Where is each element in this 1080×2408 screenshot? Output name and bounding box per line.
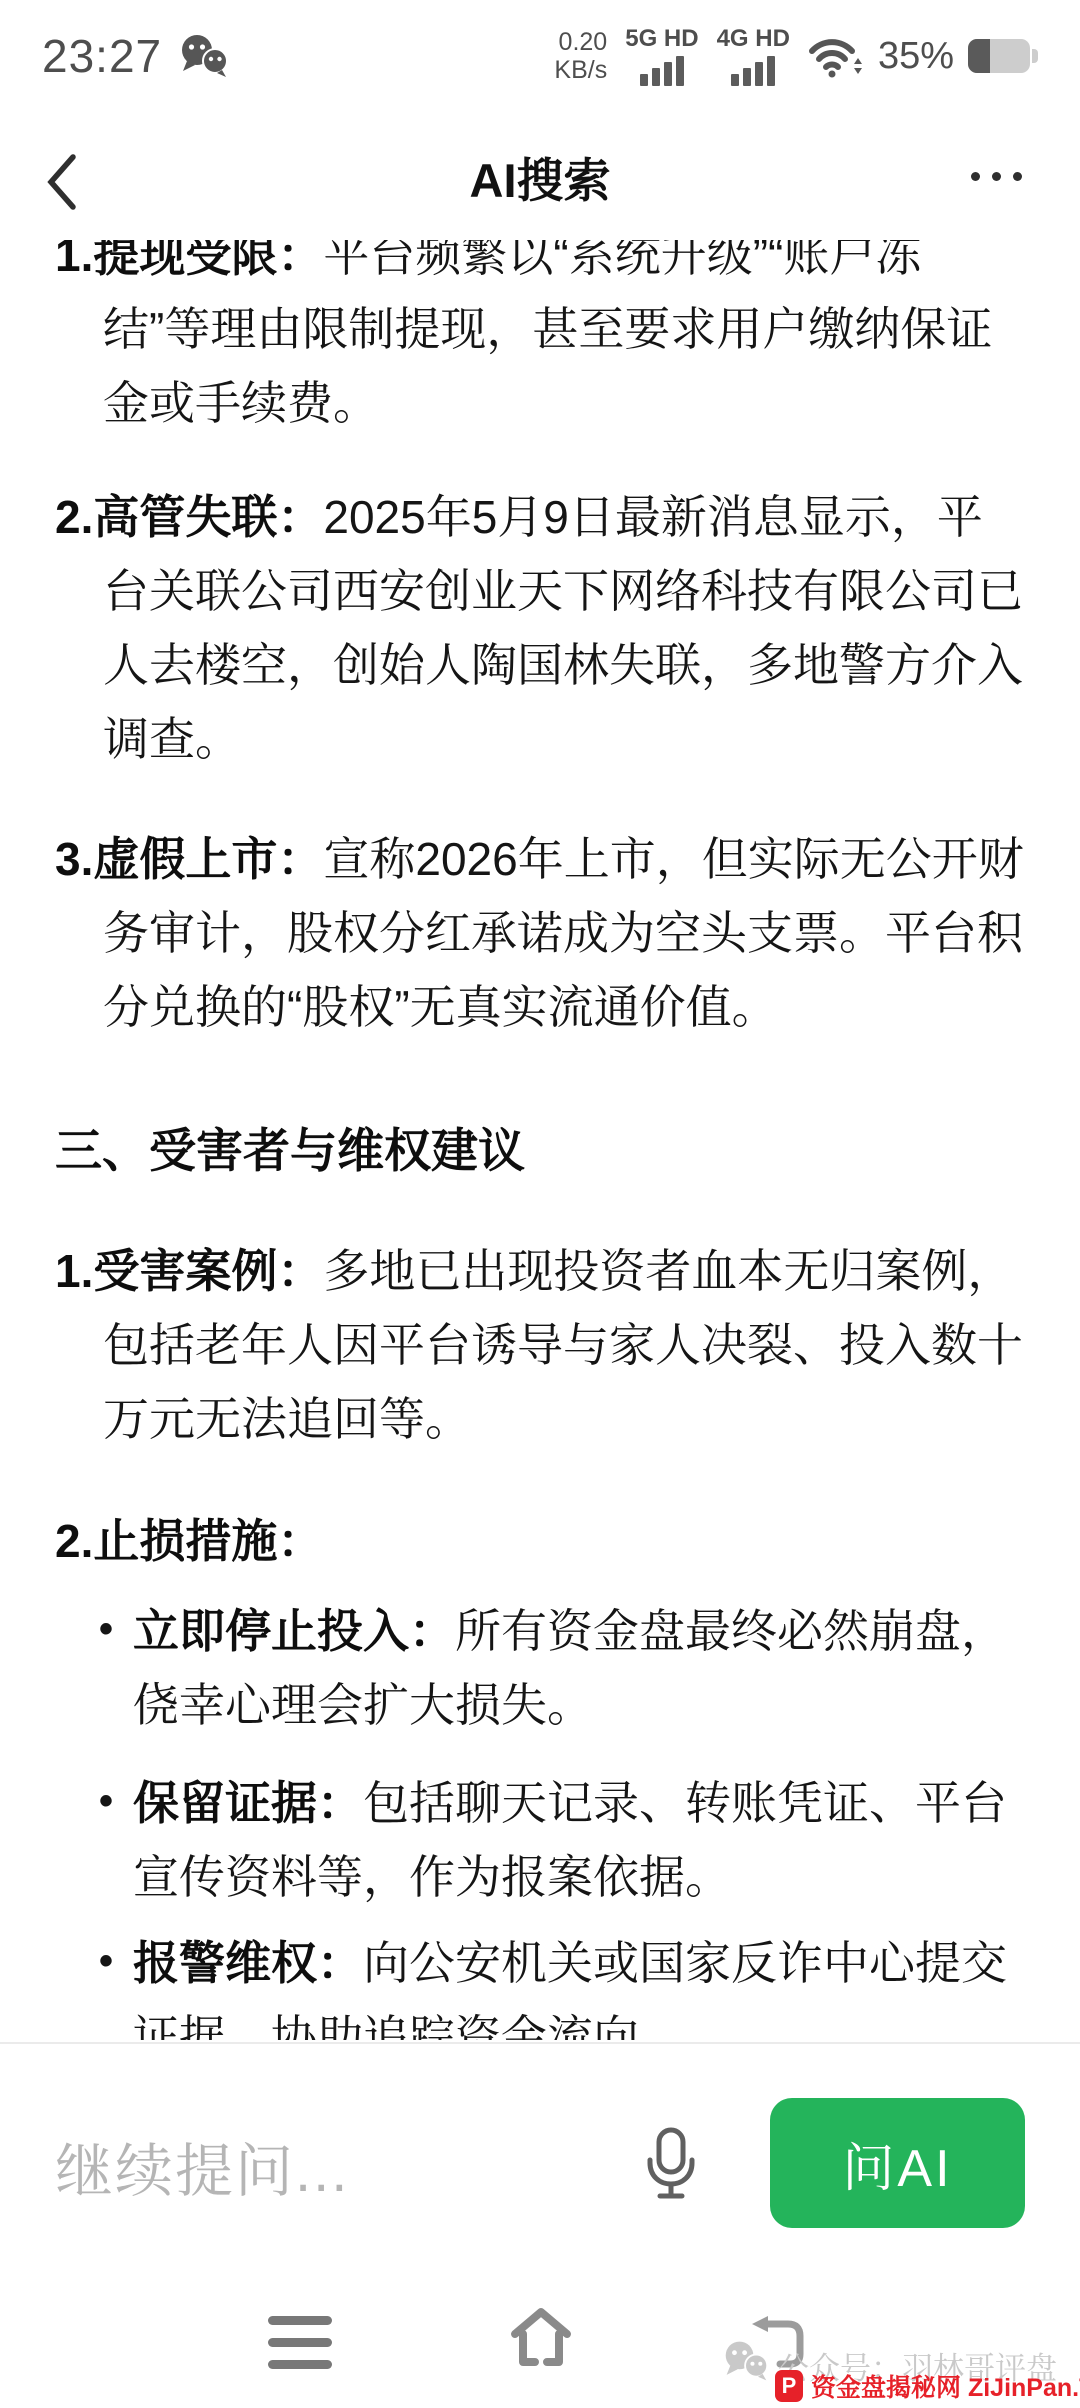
bullet-dot: •	[99, 1924, 113, 1998]
ai-answer-content[interactable]: 1.提现受限：平台频繁以“系统升级”“账户冻 结”等理由限制提现，甚至要求用户缴…	[0, 240, 1080, 2040]
site-watermark-text: 资金盘揭秘网 ZiJinPan.Top	[811, 2368, 1080, 2404]
site-logo: P	[775, 2370, 803, 2402]
status-bar: 23:27 0.20 KB/s 5G HD 4G HD	[0, 20, 1080, 92]
signal-bars-icon	[731, 56, 775, 86]
wechat-gray-icon	[722, 2340, 770, 2390]
bullet-item: • 报警维权：向公安机关或国家反诈中心提交证据，协助追踪资金流向	[55, 1926, 1025, 2040]
clock: 23:27	[42, 29, 162, 83]
sim1-signal: 5G HD	[625, 27, 698, 86]
bullet-dot: •	[99, 1764, 113, 1838]
ask-ai-button[interactable]: 问AI	[770, 2098, 1025, 2228]
section-heading: 三、受害者与维权建议	[55, 1114, 1025, 1188]
list-item: 2.高管失联：2025年5月9日最新消息显示，平台关联公司西安创业天下网络科技有…	[55, 480, 1025, 776]
signal-bars-icon	[640, 56, 684, 86]
list-item-clipped: 1.提现受限：平台频繁以“系统升级”“账户冻	[55, 240, 1025, 292]
phone-screen: 23:27 0.20 KB/s 5G HD 4G HD	[0, 0, 1080, 2408]
wifi-icon	[808, 36, 864, 83]
battery-icon	[968, 39, 1030, 73]
input-bar-divider	[0, 2042, 1080, 2044]
list-item-continuation: 结”等理由限制提现，甚至要求用户缴纳保证金或手续费。	[55, 292, 1025, 440]
list-item: 2.止损措施：	[55, 1504, 1025, 1578]
bullet-item: • 立即停止投入：所有资金盘最终必然崩盘，侥幸心理会扩大损失。	[55, 1594, 1025, 1742]
list-item: 1.受害案例：多地已出现投资者血本无归案例，包括老年人因平台诱导与家人决裂、投入…	[55, 1234, 1025, 1456]
microphone-icon[interactable]	[643, 2126, 699, 2207]
nav-bar: AI搜索	[0, 130, 1080, 232]
site-watermark: P 资金盘揭秘网 ZiJinPan.Top	[775, 2368, 1080, 2404]
battery-percent: 35%	[878, 35, 954, 78]
network-speed: 0.20 KB/s	[554, 28, 607, 84]
wechat-notification-icon	[178, 34, 230, 83]
question-input[interactable]: 继续提问...	[55, 2124, 349, 2208]
bullet-item: • 保留证据：包括聊天记录、转账凭证、平台宣传资料等，作为报案依据。	[55, 1766, 1025, 1914]
more-menu-icon[interactable]	[971, 172, 1022, 181]
home-icon[interactable]	[508, 2304, 574, 2377]
page-title: AI搜索	[0, 144, 1080, 211]
menu-icon[interactable]	[268, 2316, 332, 2369]
list-item: 3.虚假上市：宣称2026年上市，但实际无公开财务审计，股权分红承诺成为空头支票…	[55, 822, 1025, 1044]
sim2-signal: 4G HD	[717, 27, 790, 86]
bullet-dot: •	[99, 1592, 113, 1666]
